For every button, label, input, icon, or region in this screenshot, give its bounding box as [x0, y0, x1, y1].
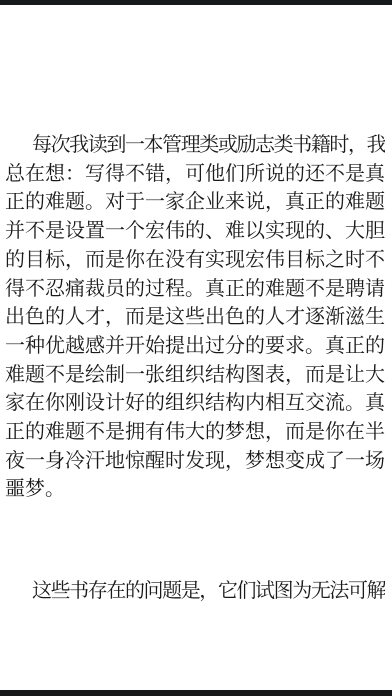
text-line: 正的难题不是拥有伟大的梦想，而是你在半 [5, 418, 385, 447]
text-line: 并不是设置一个宏伟的、难以实现的、大胆 [5, 217, 385, 246]
text-line: 这些书存在的问题是，它们试图为无法可解 [5, 577, 385, 606]
book-page[interactable]: 每次我读到一本管理类或励志类书籍时，我 总在想：写得不错，可他们所说的还不是真 … [0, 0, 392, 696]
text-line: 家在你刚设计好的组织结构内相互交流。真 [5, 389, 385, 418]
text-line: 出色的人才，而是这些出色的人才逐渐滋生 [5, 303, 385, 332]
letterbox-top-bar [0, 0, 392, 5]
text-line: 难题不是绘制一张组织结构图表，而是让大 [5, 361, 385, 390]
text-line: 噩梦。 [5, 475, 385, 504]
paragraph: 每次我读到一本管理类或励志类书籍时，我 总在想：写得不错，可他们所说的还不是真 … [5, 131, 385, 504]
reader-screen: 每次我读到一本管理类或励志类书籍时，我 总在想：写得不错，可他们所说的还不是真 … [0, 0, 392, 696]
text-line: 正的难题。对于一家企业来说，真正的难题 [5, 188, 385, 217]
text-line: 夜一身冷汗地惊醒时发现，梦想变成了一场 [5, 447, 385, 476]
text-line: 每次我读到一本管理类或励志类书籍时，我 [5, 131, 385, 160]
text-line: 的目标，而是你在没有实现宏伟目标之时不 [5, 246, 385, 275]
text-line: 一种优越感并开始提出过分的要求。真正的 [5, 332, 385, 361]
text-line: 总在想：写得不错，可他们所说的还不是真 [5, 160, 385, 189]
paragraph: 这些书存在的问题是，它们试图为无法可解 [5, 577, 385, 606]
text-line: 得不忍痛裁员的过程。真正的难题不是聘请 [5, 275, 385, 304]
letterbox-bottom-bar [0, 690, 392, 696]
